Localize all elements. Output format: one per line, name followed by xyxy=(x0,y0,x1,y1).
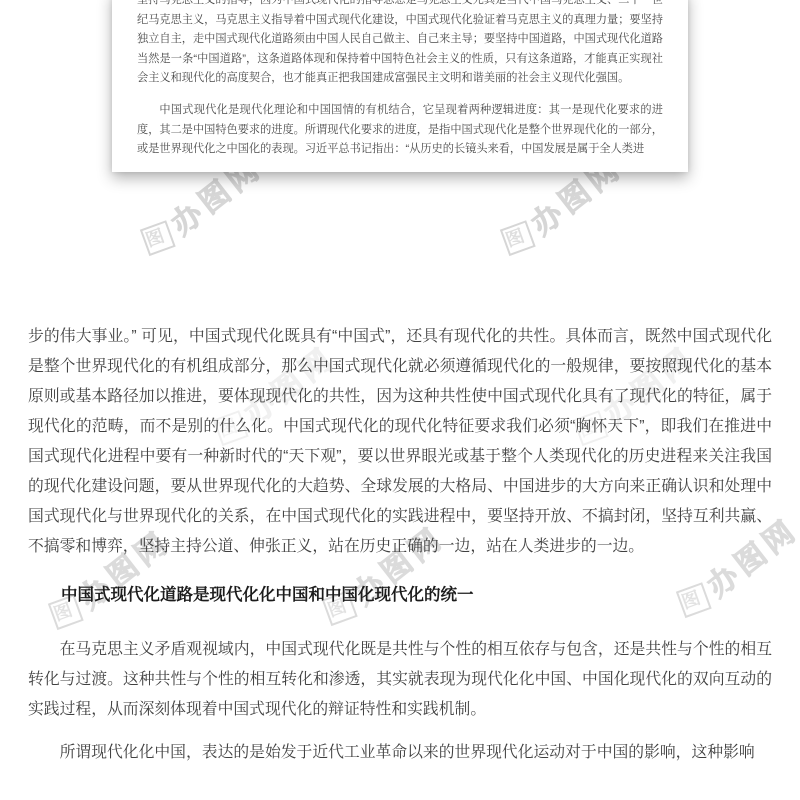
watermark-logo-icon: 图 xyxy=(140,220,176,256)
body-paragraph: 在马克思主义矛盾观视域内，中国式现代化既是共性与个性的相互依存与包含，还是共性与… xyxy=(28,635,772,725)
watermark-logo-icon: 图 xyxy=(500,220,536,256)
body-paragraph: 所谓现代化化中国，表达的是始发于近代工业革命以来的世界现代化运动对于中国的影响，… xyxy=(28,738,772,768)
section-heading: 中国式现代化道路是现代化化中国和中国化现代化的统一 xyxy=(28,580,772,610)
page-paragraph: 坚持马克思主义的指导，因为中国式现代化的指导思想是马克思主义尤其是当代中国马克思… xyxy=(137,0,663,89)
document-preview-viewer[interactable]: 图 办图网 图 办图网 图 办图网 图 办图网 图 办图网 图 办图网 图 办图… xyxy=(0,0,800,800)
page-paragraph: 中国式现代化是现代化理论和中国国情的有机结合，它呈现着两种逻辑进度：其一是现代化… xyxy=(137,101,663,160)
document-page-preview[interactable]: 坚持马克思主义的指导，因为中国式现代化的指导思想是马克思主义尤其是当代中国马克思… xyxy=(112,0,688,172)
document-body: 步的伟大事业。” 可见，中国式现代化既具有“中国式”，还具有现代化的共性。具体而… xyxy=(0,322,800,768)
body-paragraph-continued: 步的伟大事业。” 可见，中国式现代化既具有“中国式”，还具有现代化的共性。具体而… xyxy=(28,322,772,562)
